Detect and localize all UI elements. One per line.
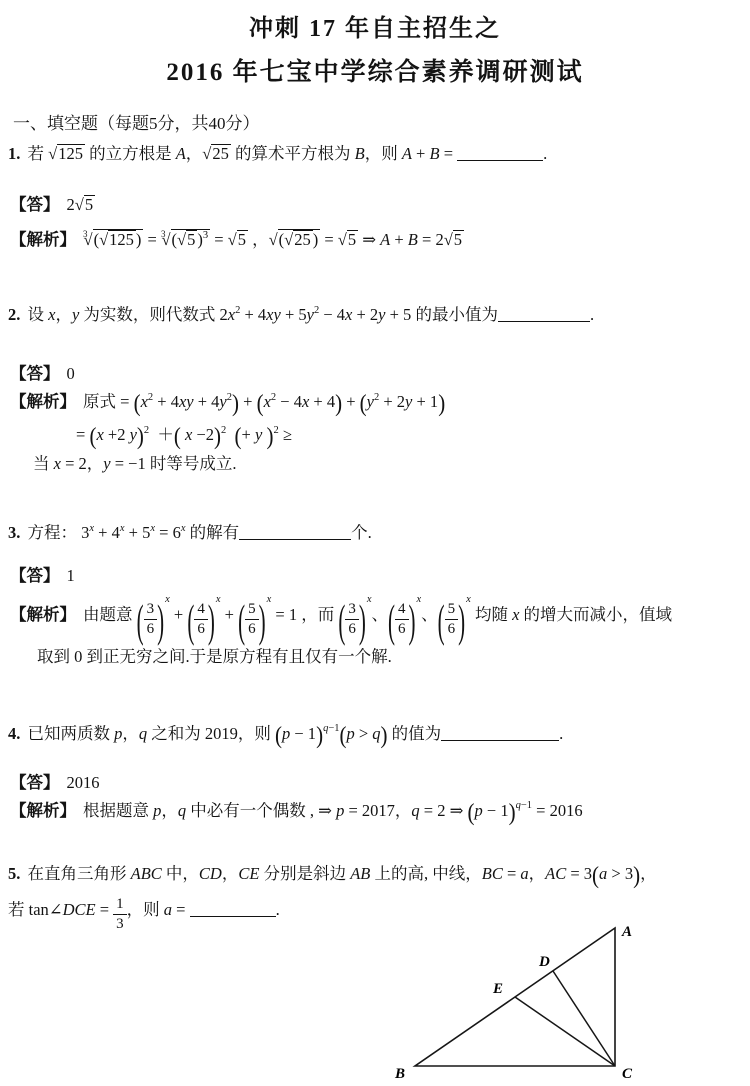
answer-4-value: 2016: [67, 773, 100, 792]
triangle-diagram: A B C D E: [393, 920, 649, 1084]
analysis-3-content-1: 由题意 (36)x + (46)x + (56)x = 1 ，而 (36)x、(…: [83, 605, 672, 624]
analysis-label: 【解析】: [10, 801, 76, 820]
vertex-label-b: B: [394, 1066, 405, 1082]
point-label-d: D: [538, 954, 550, 970]
analysis-label: 【解析】: [10, 392, 76, 411]
question-3-analysis-line-1: 【解析】由题意 (36)x + (46)x + (56)x = 1 ，而 (36…: [10, 600, 672, 637]
question-2-analysis-line-2: = (x +2 y)2 ＋( x −2)2 (+ y )2 ≥: [76, 421, 292, 445]
question-3-prompt: 3. 方程： 3x + 4x + 5x = 6x 的解有个.: [8, 519, 372, 543]
answer-label: 【答】: [10, 773, 60, 792]
analysis-2-content-1: 原式 = (x2 + 4xy + 4y2) + (x2 − 4x + 4) + …: [83, 392, 445, 411]
question-5-prompt-line-1: 5. 在直角三角形 ABC 中，CD，CE 分别是斜边 AB 上的高, 中线，B…: [8, 860, 657, 884]
vertex-label-c: C: [622, 1066, 633, 1082]
answer-1-value: 2√5: [67, 195, 96, 214]
page-subtitle: 2016 年七宝中学综合素养调研测试: [0, 52, 750, 88]
question-1-answer: 【答】2√5: [10, 191, 95, 215]
question-4-answer: 【答】2016: [10, 769, 100, 793]
question-2-analysis-line-1: 【解析】原式 = (x2 + 4xy + 4y2) + (x2 − 4x + 4…: [10, 388, 445, 412]
answer-label: 【答】: [10, 195, 60, 214]
answer-label: 【答】: [10, 364, 60, 383]
question-1-prompt: 1. 若 √125 的立方根是 A，√25 的算术平方根为 B，则 A + B …: [8, 140, 547, 164]
analysis-4-content: 根据题意 p，q 中必有一个偶数 , ⇒ p = 2017，q = 2 ⇒ (p…: [83, 801, 583, 820]
question-4-analysis: 【解析】根据题意 p，q 中必有一个偶数 , ⇒ p = 2017，q = 2 …: [10, 797, 583, 821]
section-heading: 一、填空题（每题5分，共40分）: [13, 109, 260, 134]
question-1-analysis: 【解析】3√(√125) = 3√(√5)3 = √5 ，√(√25) = √5…: [10, 226, 464, 250]
altitude-cd-line: [553, 971, 615, 1066]
exam-page: 冲刺 17 年自主招生之 2016 年七宝中学综合素养调研测试 一、填空题（每题…: [0, 0, 750, 1086]
question-2-answer: 【答】0: [10, 360, 75, 384]
answer-label: 【答】: [10, 566, 60, 585]
analysis-label: 【解析】: [10, 605, 76, 624]
page-title: 冲刺 17 年自主招生之: [0, 8, 750, 43]
question-2-analysis-line-3: 当 x = 2，y = −1 时等号成立.: [33, 450, 236, 474]
point-label-e: E: [492, 981, 503, 997]
analysis-1-content: 3√(√125) = 3√(√5)3 = √5 ，√(√25) = √5 ⇒ A…: [83, 230, 464, 249]
question-4-prompt: 4. 已知两质数 p，q 之和为 2019，则 (p − 1)q−1(p > q…: [8, 720, 563, 744]
question-2-prompt: 2. 设 x，y 为实数，则代数式 2x2 + 4xy + 5y2 − 4x +…: [8, 301, 594, 325]
analysis-label: 【解析】: [10, 230, 76, 249]
question-3-answer: 【答】1: [10, 562, 75, 586]
median-ce-line: [515, 997, 615, 1066]
answer-3-value: 1: [67, 566, 75, 585]
vertex-label-a: A: [621, 924, 632, 940]
answer-2-value: 0: [67, 364, 75, 383]
triangle-figure: A B C D E: [393, 920, 649, 1084]
question-3-analysis-line-2: 取到 0 到正无穷之间.于是原方程有且仅有一个解.: [37, 643, 392, 667]
question-5-prompt-line-2: 若 tan∠DCE = 13，则 a = .: [8, 896, 280, 932]
